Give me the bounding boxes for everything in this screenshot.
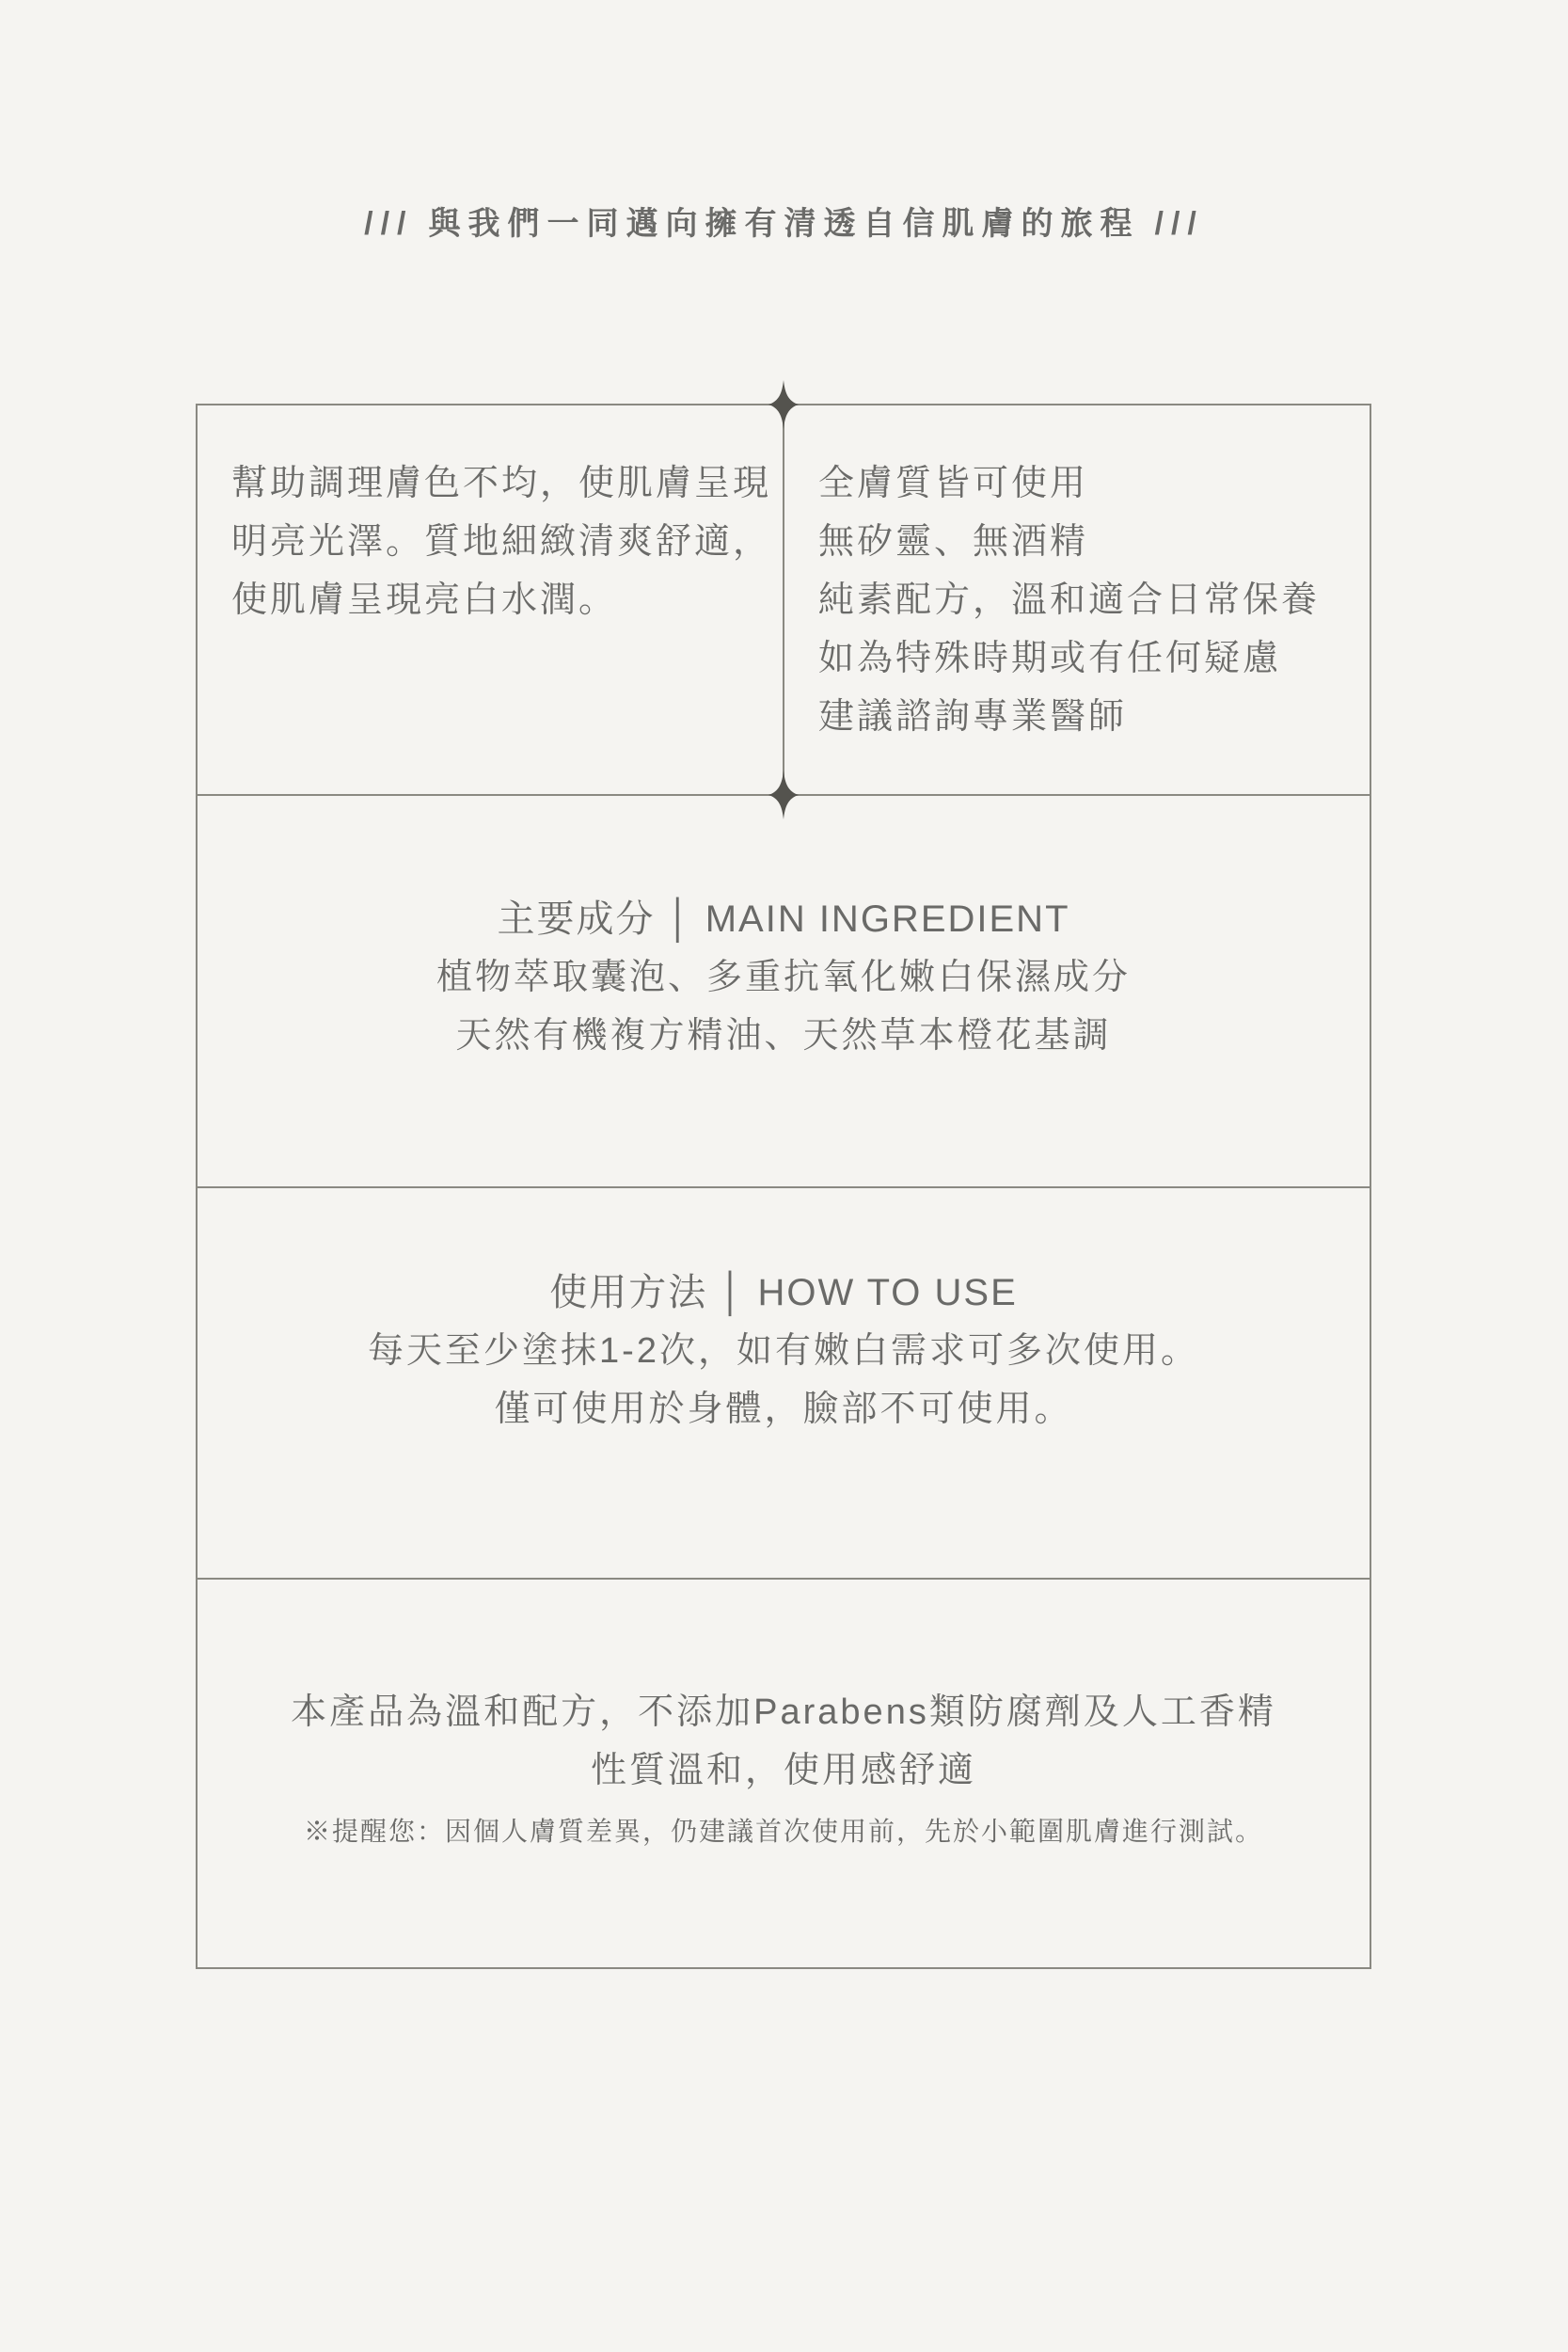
title-slashes-left: /// (364, 206, 413, 242)
usage-text: 每天至少塗抹1-2次，如有嫩白需求可多次使用。 僅可使用於身體，臉部不可使用。 (198, 1322, 1370, 1438)
sparkle-diamond-top-icon (768, 380, 799, 429)
title-text: 與我們一同邁向擁有清透自信肌膚的旅程 (429, 206, 1140, 242)
title-slashes-right: /// (1155, 206, 1204, 242)
ingredients-text: 植物萃取囊泡、多重抗氧化嫩白保濕成分 天然有機複方精油、天然草本橙花基調 (198, 948, 1370, 1065)
benefits-text: 幫助調理膚色不均，使肌膚呈現 明亮光澤。質地細緻清爽舒適， 使肌膚呈現亮白水潤。 (231, 454, 771, 629)
product-info-page: ///與我們一同邁向擁有清透自信肌膚的旅程/// 幫助調理膚色不均，使肌膚呈現 … (0, 0, 1568, 2352)
info-box: 幫助調理膚色不均，使肌膚呈現 明亮光澤。質地細緻清爽舒適， 使肌膚呈現亮白水潤。… (196, 404, 1371, 1969)
sparkle-diamond-bottom-icon (768, 771, 799, 819)
usage-heading: 使用方法 │ HOW TO USE (198, 1263, 1370, 1322)
page-title: ///與我們一同邁向擁有清透自信肌膚的旅程/// (0, 198, 1568, 244)
suitability-text: 全膚質皆可使用 無矽靈、無酒精 純素配方，溫和適合日常保養 如為特殊時期或有任何… (818, 454, 1320, 746)
formula-text: 本產品為溫和配方，不添加Parabens類防腐劑及人工香精 性質溫和，使用感舒適 (198, 1683, 1370, 1800)
section-overview: 幫助調理膚色不均，使肌膚呈現 明亮光澤。質地細緻清爽舒適， 使肌膚呈現亮白水潤。… (198, 405, 1370, 794)
patch-test-note: ※提醒您：因個人膚質差異，仍建議首次使用前，先於小範圍肌膚進行測試。 (198, 1811, 1370, 1852)
column-divider (783, 405, 784, 794)
section-formula-note: 本產品為溫和配方，不添加Parabens類防腐劑及人工香精 性質溫和，使用感舒適… (198, 1578, 1370, 1967)
section-how-to-use: 使用方法 │ HOW TO USE 每天至少塗抹1-2次，如有嫩白需求可多次使用… (198, 1186, 1370, 1578)
section-main-ingredient: 主要成分 │ MAIN INGREDIENT 植物萃取囊泡、多重抗氧化嫩白保濕成… (198, 794, 1370, 1186)
ingredients-heading: 主要成分 │ MAIN INGREDIENT (198, 890, 1370, 948)
